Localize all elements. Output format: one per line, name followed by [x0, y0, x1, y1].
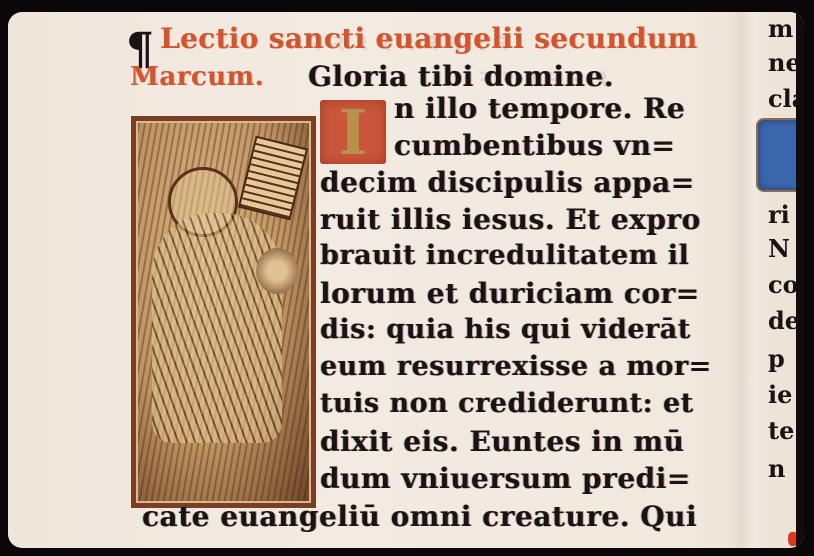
body-line: tuis non crediderunt: et — [320, 388, 694, 419]
facing-page-text: co — [768, 270, 799, 299]
evangelist-figure — [152, 213, 282, 443]
body-line: dum vniuersum predi= — [320, 462, 691, 495]
body-line: ruit illis iesus. Et expro — [320, 203, 701, 236]
facing-page-text: te — [768, 416, 794, 445]
facing-page-text: m — [768, 14, 793, 43]
book-page: ꝛ ꝛ ꝛ ꝛ ꝛ ꝛ ꝛ ꝛ ꝛ ꝛ ꝛ ꝛ ꝛ ꝛ ꝛ ¶ Lectio s… — [8, 12, 804, 548]
page-edge — [796, 12, 804, 548]
body-line: lorum et duriciam cor= — [320, 277, 700, 310]
body-line: dis: quia his qui viderāt — [320, 314, 691, 345]
body-line: decim discipulis appa= — [320, 166, 695, 199]
facing-page-text: ie — [768, 380, 792, 409]
facing-page-text: N — [768, 234, 790, 263]
woodcut-st-mark — [131, 116, 316, 508]
initial-letter: I — [320, 96, 386, 169]
book-icon — [238, 136, 308, 221]
incipit: Gloria tibi domine. — [308, 60, 614, 93]
body-line: eum resurrexisse a mor= — [320, 351, 712, 382]
decorated-initial: I — [320, 100, 386, 164]
body-line: cumbentibus vn= — [394, 129, 675, 162]
body-line: dixit eis. Euntes in mū — [320, 425, 684, 458]
facing-page-text: p — [768, 344, 785, 373]
facing-page-text: n — [768, 454, 785, 483]
rubric-line-2: Marcum. — [130, 62, 264, 92]
rubric-line-1: Lectio sancti euangelii secundum — [160, 22, 697, 55]
lion-icon — [256, 248, 298, 294]
body-line: cate euangeliū omni creature. Qui — [142, 500, 697, 533]
page-gutter — [726, 12, 766, 548]
body-line: n illo tempore. Re — [394, 92, 685, 125]
facing-page-text: ri — [768, 200, 790, 229]
body-line: brauit incredulitatem il — [320, 240, 689, 271]
